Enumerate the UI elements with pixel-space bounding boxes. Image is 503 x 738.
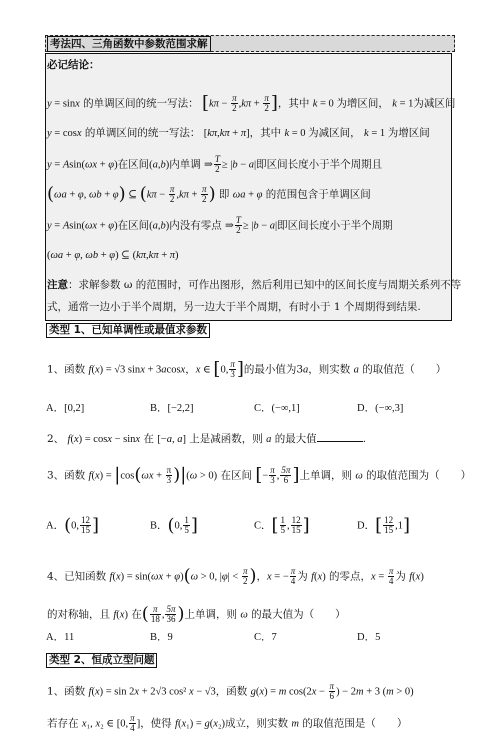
conclusion-line-subset-2: (ωa + φ, ωb + φ) ⊆ (kπ,kπ + π): [47, 248, 179, 263]
type1-q1-option-a[interactable]: A．[0,2]: [46, 400, 84, 415]
type1-q2-stem: 2、 f(x) = cosx − sinx 在 [−a, a] 上是减函数，则 …: [47, 432, 366, 447]
conclusion-line-subset-1: (ωa + φ, ωb + φ) ⊆ (kπ − π2,kπ + π2) 即 ω…: [47, 185, 371, 204]
type1-q1-option-b[interactable]: B．[−2,2]: [150, 400, 194, 415]
type1-q4-line2: 的对称轴，且 f(x) 在(π18,5π36)上单调，则 ω 的最大值为（ ）: [47, 605, 346, 624]
type1-q1-option-d[interactable]: D．(−∞,3]: [357, 400, 403, 415]
type1-q3-option-d[interactable]: D．[1215,1]: [357, 515, 410, 536]
type1-q4-option-c[interactable]: C．7: [254, 629, 277, 644]
type1-q3-option-c[interactable]: C．[15,1215]: [254, 515, 310, 536]
type1-q3-option-b[interactable]: B．(0,15]: [150, 515, 198, 536]
type1-label: 类型 1、已知单调性或最值求参数: [46, 323, 210, 338]
type2-q1-line2: 若存在 x₁, x₂ ∈ [0,π4]，使得 f(x₁) = g(x₂)成立，则…: [47, 714, 407, 733]
type1-q1-option-c[interactable]: C．(−∞,1]: [254, 400, 300, 415]
conclusion-line-cos: y = cosx 的单调区间的统一写法： [kπ,kπ + π]，其中 k = …: [47, 126, 430, 141]
section-title: 考法四、三角函数中参数范围求解: [47, 36, 211, 52]
conclusion-line-zeros: y = Asin(ωx + φ)在区间(a,b)内没有零点 ⇒T2≥ |b − …: [47, 216, 393, 235]
conclusion-heading: 必记结论：: [47, 58, 100, 72]
note-label: 注意: [47, 279, 68, 291]
type1-q3-option-a[interactable]: A．(0,1215]: [46, 515, 99, 536]
type2-q1-line1: 1、函数 f(x) = sin 2x + 2√3 cos² x − √3，函数 …: [47, 682, 414, 701]
type1-q4-line1: 4、已知函数 f(x) = sin(ωx + φ)(ω > 0, |φ| < π…: [47, 567, 424, 586]
answer-blank[interactable]: [317, 432, 363, 442]
type1-q1-stem: 1、函数 f(x) = √3 sinx + 3acosx，x ∈ [0,π3]的…: [47, 360, 446, 379]
type1-q4-option-b[interactable]: B．9: [150, 629, 173, 644]
conclusion-line-sin: y = sinx 的单调区间的统一写法： [kπ − π2,kπ + π2]，其…: [47, 94, 455, 113]
type2-label: 类型 2、恒成立型问题: [46, 653, 157, 668]
note-line-1: 注意：求解参数 ω 的范围时，可作出图形，然后利用已知中的区间长度与周期关系列不…: [47, 278, 461, 292]
type1-q4-option-a[interactable]: A．11: [46, 629, 74, 644]
type1-q3-stem: 3、函数 f(x) = |cos(ωx + π3)|(ω > 0) 在区间 [−…: [47, 466, 471, 485]
conclusion-line-monotonic: y = Asin(ωx + φ)在区间(a,b)内单调 ⇒T2≥ |b − a|…: [47, 155, 382, 174]
type1-q4-option-d[interactable]: D．5: [357, 629, 380, 644]
note-line-2: 式，通常一边小于半个周期，另一边大于半个周期，有时小于 1 个周期得到结果.: [47, 300, 421, 314]
